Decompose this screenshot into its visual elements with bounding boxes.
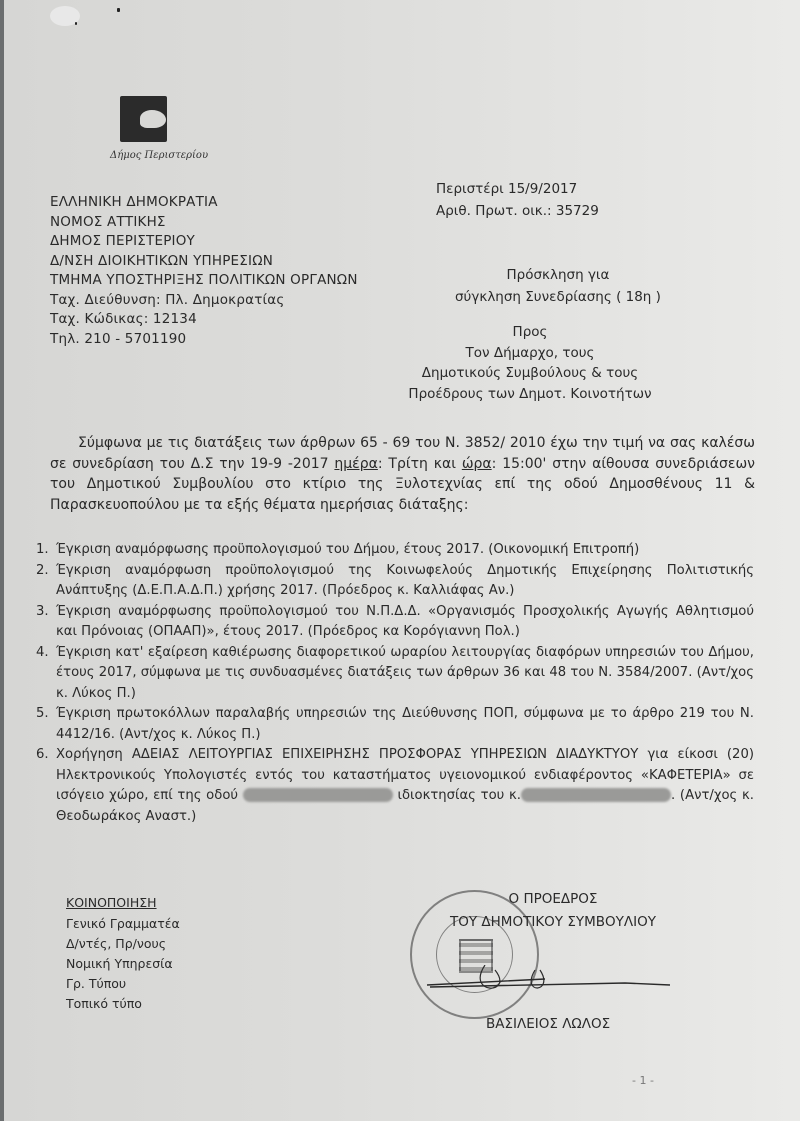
ink-dot xyxy=(117,8,120,12)
header-line: ΝΟΜΟΣ ΑΤΤΙΚΗΣ xyxy=(50,213,358,233)
agenda-number: 3. xyxy=(36,602,49,623)
redacted-address xyxy=(243,788,393,802)
recipient-line: Προέδρους των Δημοτ. Κοινοτήτων xyxy=(400,384,660,405)
municipality-logo: Δήμος Περιστερίου xyxy=(110,92,200,170)
agenda-item: 4.Έγκριση κατ' εξαίρεση καθιέρωσης διαφο… xyxy=(34,643,754,705)
header-line: Ταχ. Κώδικας: 12134 xyxy=(50,310,358,330)
agenda-item: 1.Έγκριση αναμόρφωσης προϋπολογισμού του… xyxy=(34,540,754,561)
header-line: ΕΛΛΗΝΙΚΗ ΔΗΜΟΚΡΑΤΙΑ xyxy=(50,193,358,213)
agenda-text: Έγκριση αναμόρφωσης προϋπολογισμού του Δ… xyxy=(56,542,639,557)
agenda-item: 6.Χορήγηση ΑΔΕΙΑΣ ΛΕΙΤΟΥΡΓΙΑΣ ΕΠΙΧΕΙΡΗΣΗ… xyxy=(34,745,754,827)
body-text-2: : Τρίτη και xyxy=(378,456,462,472)
page-number: - 1 - xyxy=(632,1074,654,1087)
invitation-title: Πρόσκληση για σύγκληση Συνεδρίασης ( 18η… xyxy=(455,264,661,308)
header-line: Ταχ. Διεύθυνση: Πλ. Δημοκρατίας xyxy=(50,291,358,311)
agenda-list: 1.Έγκριση αναμόρφωσης προϋπολογισμού του… xyxy=(34,540,754,827)
agenda-number: 5. xyxy=(36,704,49,725)
agenda-number: 6. xyxy=(36,745,49,766)
agenda-text: Έγκριση αναμόρφωση προϋπολογισμού της Κο… xyxy=(56,563,754,599)
agenda-number: 2. xyxy=(36,561,49,582)
signatory-title: Ο ΠΡΟΕΔΡΟΣ xyxy=(440,888,666,911)
agenda-number: 4. xyxy=(36,643,49,664)
recipient-line: Τον Δήμαρχο, τους xyxy=(400,343,660,364)
logo-caption: Δήμος Περιστερίου xyxy=(110,150,208,161)
dove-logo-icon xyxy=(120,96,167,142)
agenda-item: 3.Έγκριση αναμόρφωσης προϋπολογισμού του… xyxy=(34,602,754,643)
header-line: Δ/ΝΣΗ ΔΙΟΙΚΗΤΙΚΩΝ ΥΠΗΡΕΣΙΩΝ xyxy=(50,252,358,272)
header-line: Τηλ. 210 - 5701190 xyxy=(50,330,358,350)
recipient-line: Προς xyxy=(400,322,660,343)
agenda-text: ιδιοκτησίας του κ. xyxy=(393,788,521,803)
header-line: ΔΗΜΟΣ ΠΕΡΙΣΤΕΡΙΟΥ xyxy=(50,232,358,252)
protocol-number: Αριθ. Πρωτ. οικ.: 35729 xyxy=(436,200,599,222)
agenda-item: 5.Έγκριση πρωτοκόλλων παραλαβής υπηρεσιώ… xyxy=(34,704,754,745)
body-paragraph: Σύμφωνα με τις διατάξεις των άρθρων 65 -… xyxy=(50,433,755,515)
redacted-owner xyxy=(521,788,671,802)
place-date: Περιστέρι 15/9/2017 xyxy=(436,178,599,200)
recipient-line: Δημοτικούς Συμβούλους & τους xyxy=(400,363,660,384)
agenda-number: 1. xyxy=(36,540,49,561)
document-page: Δήμος Περιστερίου ΕΛΛΗΝΙΚΗ ΔΗΜΟΚΡΑΤΙΑ ΝΟ… xyxy=(0,0,800,1121)
sender-header: ΕΛΛΗΝΙΚΗ ΔΗΜΟΚΡΑΤΙΑ ΝΟΜΟΣ ΑΤΤΙΚΗΣ ΔΗΜΟΣ … xyxy=(50,193,358,349)
cc-item: Δ/ντές, Πρ/νους xyxy=(66,934,180,954)
handwritten-signature-icon xyxy=(425,965,675,995)
signatory-name: ΒΑΣΙΛΕΙΟΣ ΛΩΛΟΣ xyxy=(486,1016,610,1032)
agenda-item: 2.Έγκριση αναμόρφωση προϋπολογισμού της … xyxy=(34,561,754,602)
time-label: ώρα xyxy=(462,456,492,472)
agenda-text: Έγκριση πρωτοκόλλων παραλαβής υπηρεσιών … xyxy=(56,706,754,742)
invitation-line: σύγκληση Συνεδρίασης ( 18η ) xyxy=(455,286,661,308)
dove-shape xyxy=(140,110,166,128)
cc-title: ΚΟΙΝΟΠΟΙΗΣΗ xyxy=(66,893,180,913)
cc-item: Γρ. Τύπου xyxy=(66,974,180,994)
recipients-block: Προς Τον Δήμαρχο, τους Δημοτικούς Συμβού… xyxy=(400,322,660,404)
day-label: ημέρα xyxy=(334,456,377,472)
signatory-title: ΤΟΥ ΔΗΜΟΤΙΚΟΥ ΣΥΜΒΟΥΛΙΟΥ xyxy=(440,911,666,934)
date-protocol: Περιστέρι 15/9/2017 Αριθ. Πρωτ. οικ.: 35… xyxy=(436,178,599,222)
agenda-text: Έγκριση κατ' εξαίρεση καθιέρωσης διαφορε… xyxy=(56,645,754,701)
cc-block: ΚΟΙΝΟΠΟΙΗΣΗ Γενικό Γραμματέα Δ/ντές, Πρ/… xyxy=(66,893,180,1014)
cc-item: Νομική Υπηρεσία xyxy=(66,954,180,974)
agenda-text: Έγκριση αναμόρφωσης προϋπολογισμού του Ν… xyxy=(56,604,754,640)
cc-item: Τοπικό τύπο xyxy=(66,994,180,1014)
header-line: ΤΜΗΜΑ ΥΠΟΣΤΗΡΙΞΗΣ ΠΟΛΙΤΙΚΩΝ ΟΡΓΑΝΩΝ xyxy=(50,271,358,291)
invitation-line: Πρόσκληση για xyxy=(455,264,661,286)
ink-dot xyxy=(75,22,77,25)
signature-block: Ο ΠΡΟΕΔΡΟΣ ΤΟΥ ΔΗΜΟΤΙΚΟΥ ΣΥΜΒΟΥΛΙΟΥ xyxy=(440,888,666,934)
cc-item: Γενικό Γραμματέα xyxy=(66,914,180,934)
